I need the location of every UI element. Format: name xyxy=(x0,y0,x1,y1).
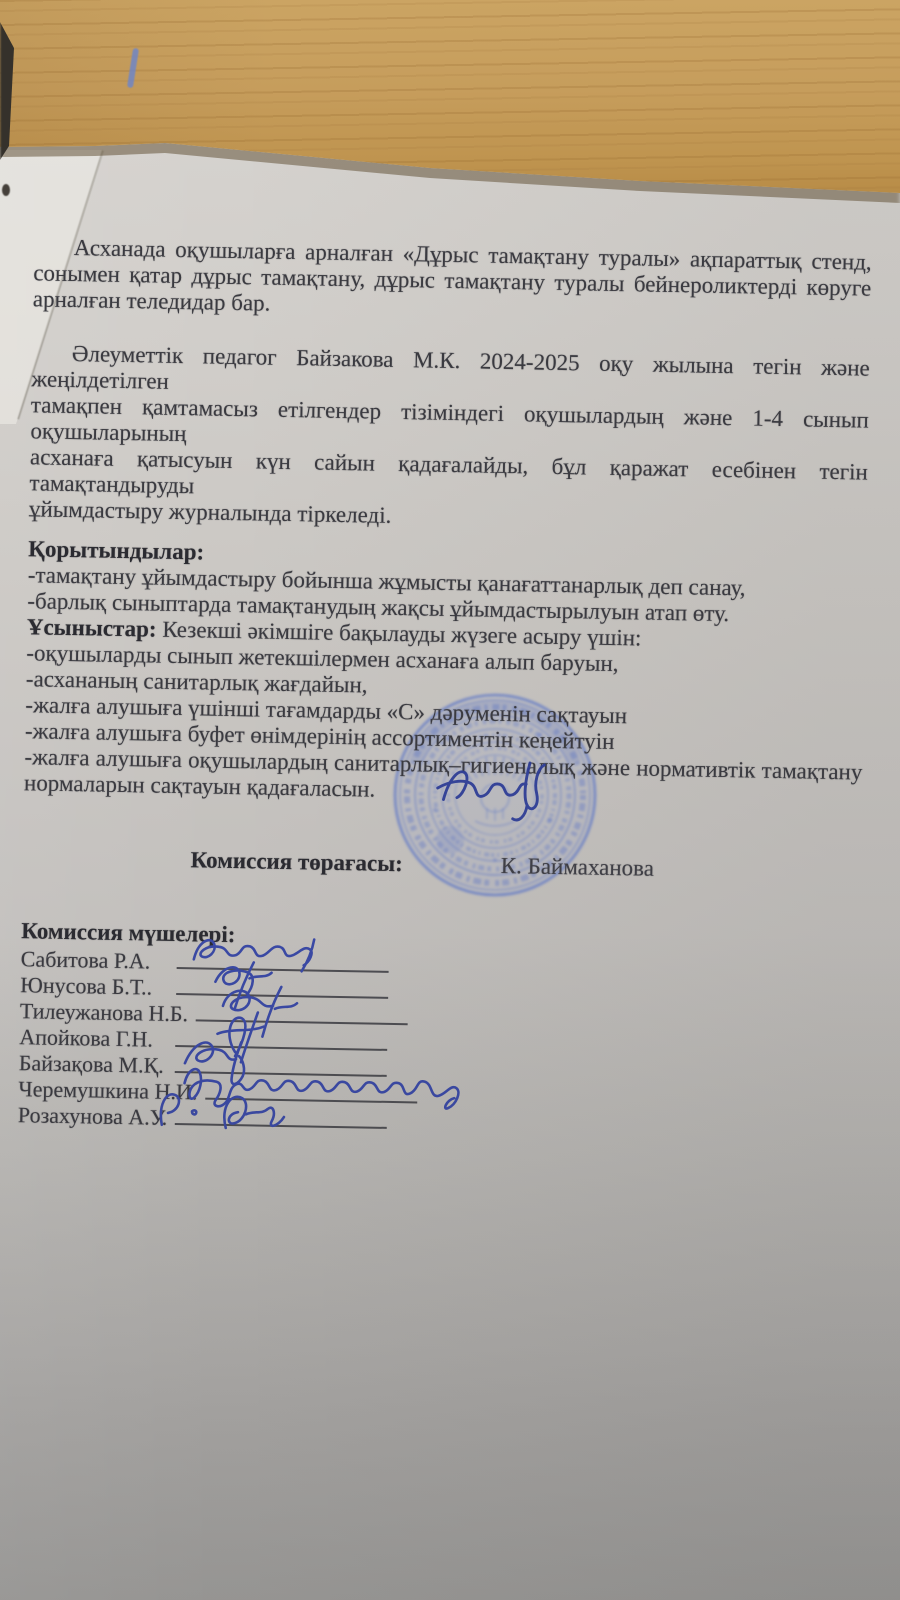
chairman-name: К. Баймаханова xyxy=(501,853,655,881)
paragraph-2: Әлеуметтік педагог Байзакова М.К. 2024-2… xyxy=(29,340,870,537)
signature-line xyxy=(196,999,408,1025)
signature-line xyxy=(175,1025,387,1051)
signature-line xyxy=(177,947,389,973)
document-text: Асханада оқушыларға арналған «Дұрыс тама… xyxy=(18,234,872,1141)
paragraph-1: Асханада оқушыларға арналған «Дұрыс тама… xyxy=(33,234,872,327)
signature-line xyxy=(176,973,388,999)
member-name: Розахунова А.У. xyxy=(18,1102,168,1131)
recommendations-heading: Ұсыныстар: xyxy=(27,614,157,641)
signature-line xyxy=(205,1078,417,1104)
signature-line xyxy=(175,1051,387,1077)
chairman-signature-row: Комиссия төрағасы:К. Баймаханова xyxy=(22,842,860,887)
chairman-signature-ink xyxy=(430,748,555,828)
document-photo: Асханада оқушыларға арналған «Дұрыс тама… xyxy=(0,0,900,1600)
paper-speck xyxy=(2,184,10,196)
chairman-label: Комиссия төрағасы: xyxy=(190,847,403,876)
signature-line xyxy=(175,1103,387,1129)
